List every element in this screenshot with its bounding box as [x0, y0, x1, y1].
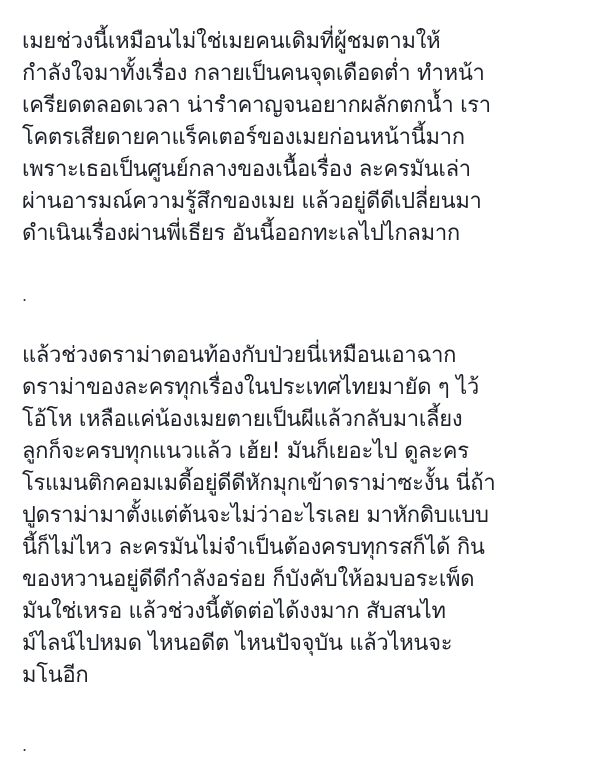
text-line: มโนอีก [22, 660, 592, 692]
text-line: กำลังใจมาทั้งเรื่อง กลายเป็นคนจุดเดือดต่… [22, 58, 592, 90]
text-line: ปูดราม่ามาตั้งแต่ต้นจะไม่ว่าอะไรเลย มาหั… [22, 500, 592, 532]
paragraph-1: เมยช่วงนี้เหมือนไม่ใช่เมยคนเดิมที่ผู้ชมต… [22, 26, 592, 250]
text-line: ผ่านอารมณ์ความรู้สึกของเมย แล้วอยู่ดีดีเ… [22, 186, 592, 218]
text-line: แล้วช่วงดราม่าตอนท้องกับป่วยนี่เหมือนเอา… [22, 340, 592, 372]
text-line: ดำเนินเรื่องผ่านพี่เธียร อันนี้ออกทะเลไป… [22, 218, 592, 250]
paragraph-2: แล้วช่วงดราม่าตอนท้องกับป่วยนี่เหมือนเอา… [22, 340, 592, 692]
separator-dot: . [22, 736, 592, 756]
text-line: เมยช่วงนี้เหมือนไม่ใช่เมยคนเดิมที่ผู้ชมต… [22, 26, 592, 58]
paragraph-gap [22, 306, 592, 340]
text-line: โอ้โห เหลือแค่น้องเมยตายเป็นผีแล้วกลับมา… [22, 404, 592, 436]
text-line: ดราม่าของละครทุกเรื่องในประเทศไทยมายัด ๆ… [22, 372, 592, 404]
text-line: ของหวานอยู่ดีดีกำลังอร่อย ก็บังคับให้อมบ… [22, 564, 592, 596]
text-line: เครียดตลอดเวลา น่ารำคาญจนอยากผลักตกน้ำ เ… [22, 90, 592, 122]
text-line: มันใช่เหรอ แล้วช่วงนี้ตัดต่อได้งงมาก สับ… [22, 596, 592, 628]
text-line: นี้ก็ไม่ไหว ละครมันไม่จำเป็นต้องครบทุกรส… [22, 532, 592, 564]
separator-dot: . [22, 286, 592, 306]
post-body: เมยช่วงนี้เหมือนไม่ใช่เมยคนเดิมที่ผู้ชมต… [22, 26, 592, 756]
text-line: โคตรเสียดายคาแร็คเตอร์ของเมยก่อนหน้านี้ม… [22, 122, 592, 154]
text-line: โรแมนติกคอมเมดี้อยู่ดีดีหักมุกเข้าดราม่า… [22, 468, 592, 500]
text-line: ม์ไลน์ไปหมด ไหนอดีต ไหนปัจจุบัน แล้วไหนจ… [22, 628, 592, 660]
text-line: ลูกก็จะครบทุกแนวแล้ว เฮ้ย! มันก็เยอะไป ด… [22, 436, 592, 468]
text-line: เพราะเธอเป็นศูนย์กลางของเนื้อเรื่อง ละคร… [22, 154, 592, 186]
